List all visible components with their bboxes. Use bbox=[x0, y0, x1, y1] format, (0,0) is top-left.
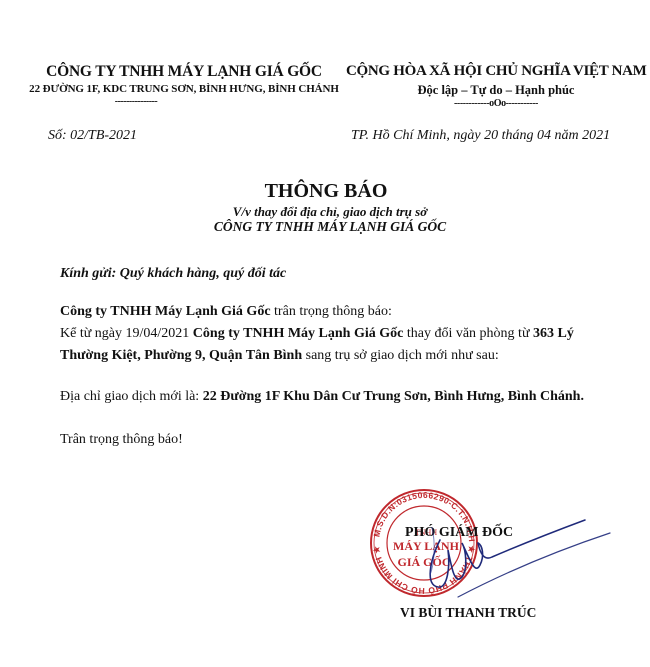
body-paragraph-intro: Công ty TNHH Máy Lạnh Giá Gốc trân trọng… bbox=[60, 304, 392, 320]
effective-date-text: Kể từ ngày 19/04/2021 bbox=[60, 326, 193, 341]
header-left-divider: --------------- bbox=[20, 96, 252, 107]
new-address-bold: 22 Đường 1F Khu Dân Cư Trung Sơn, Bình H… bbox=[203, 389, 584, 404]
national-title: CỘNG HÒA XÃ HỘI CHỦ NGHĨA VIỆT NAM bbox=[346, 63, 646, 80]
company-name-bold: Công ty TNHH Máy Lạnh Giá Gốc bbox=[193, 326, 404, 341]
document-subtitle: V/v thay đổi địa chỉ, giao dịch trụ sở bbox=[0, 204, 650, 220]
company-name-bold: Công ty TNHH Máy Lạnh Giá Gốc bbox=[60, 304, 271, 319]
document-number: Số: 02/TB-2021 bbox=[48, 128, 137, 144]
header-right-divider: ------------oOo----------- bbox=[346, 98, 646, 109]
body-paragraph-change-line1: Kể từ ngày 19/04/2021 Công ty TNHH Máy L… bbox=[60, 326, 574, 342]
handwritten-signature bbox=[400, 505, 640, 605]
document-date: TP. Hồ Chí Minh, ngày 20 tháng 04 năm 20… bbox=[351, 128, 610, 144]
new-address-line: Địa chỉ giao dịch mới là: 22 Đường 1F Kh… bbox=[60, 389, 584, 405]
closing-line: Trân trọng thông báo! bbox=[60, 432, 183, 448]
intro-text: trân trọng thông báo: bbox=[271, 304, 392, 319]
document-title: THÔNG BÁO bbox=[0, 180, 650, 203]
new-address-label: Địa chỉ giao dịch mới là: bbox=[60, 389, 203, 404]
new-office-text: sang trụ sở giao dịch mới như sau: bbox=[302, 348, 499, 363]
old-address-bold-part1: 363 Lý bbox=[533, 326, 574, 341]
salutation: Kính gửi: Quý khách hàng, quý đối tác bbox=[60, 266, 286, 282]
old-address-bold-part2: Thường Kiệt, Phường 9, Quận Tân Bình bbox=[60, 348, 302, 363]
national-motto: Độc lập – Tự do – Hạnh phúc bbox=[346, 83, 646, 98]
body-paragraph-change-line2: Thường Kiệt, Phường 9, Quận Tân Bình san… bbox=[60, 348, 499, 364]
company-name-header: CÔNG TY TNHH MÁY LẠNH GIÁ GỐC bbox=[20, 63, 348, 81]
document-subtitle-company: CÔNG TY TNHH MÁY LẠNH GIÁ GỐC bbox=[0, 219, 650, 235]
change-text: thay đổi văn phòng từ bbox=[403, 326, 533, 341]
signatory-name: VI BÙI THANH TRÚC bbox=[400, 605, 536, 621]
company-address-header: 22 ĐƯỜNG 1F, KDC TRUNG SƠN, BÌNH HƯNG, B… bbox=[20, 83, 348, 95]
